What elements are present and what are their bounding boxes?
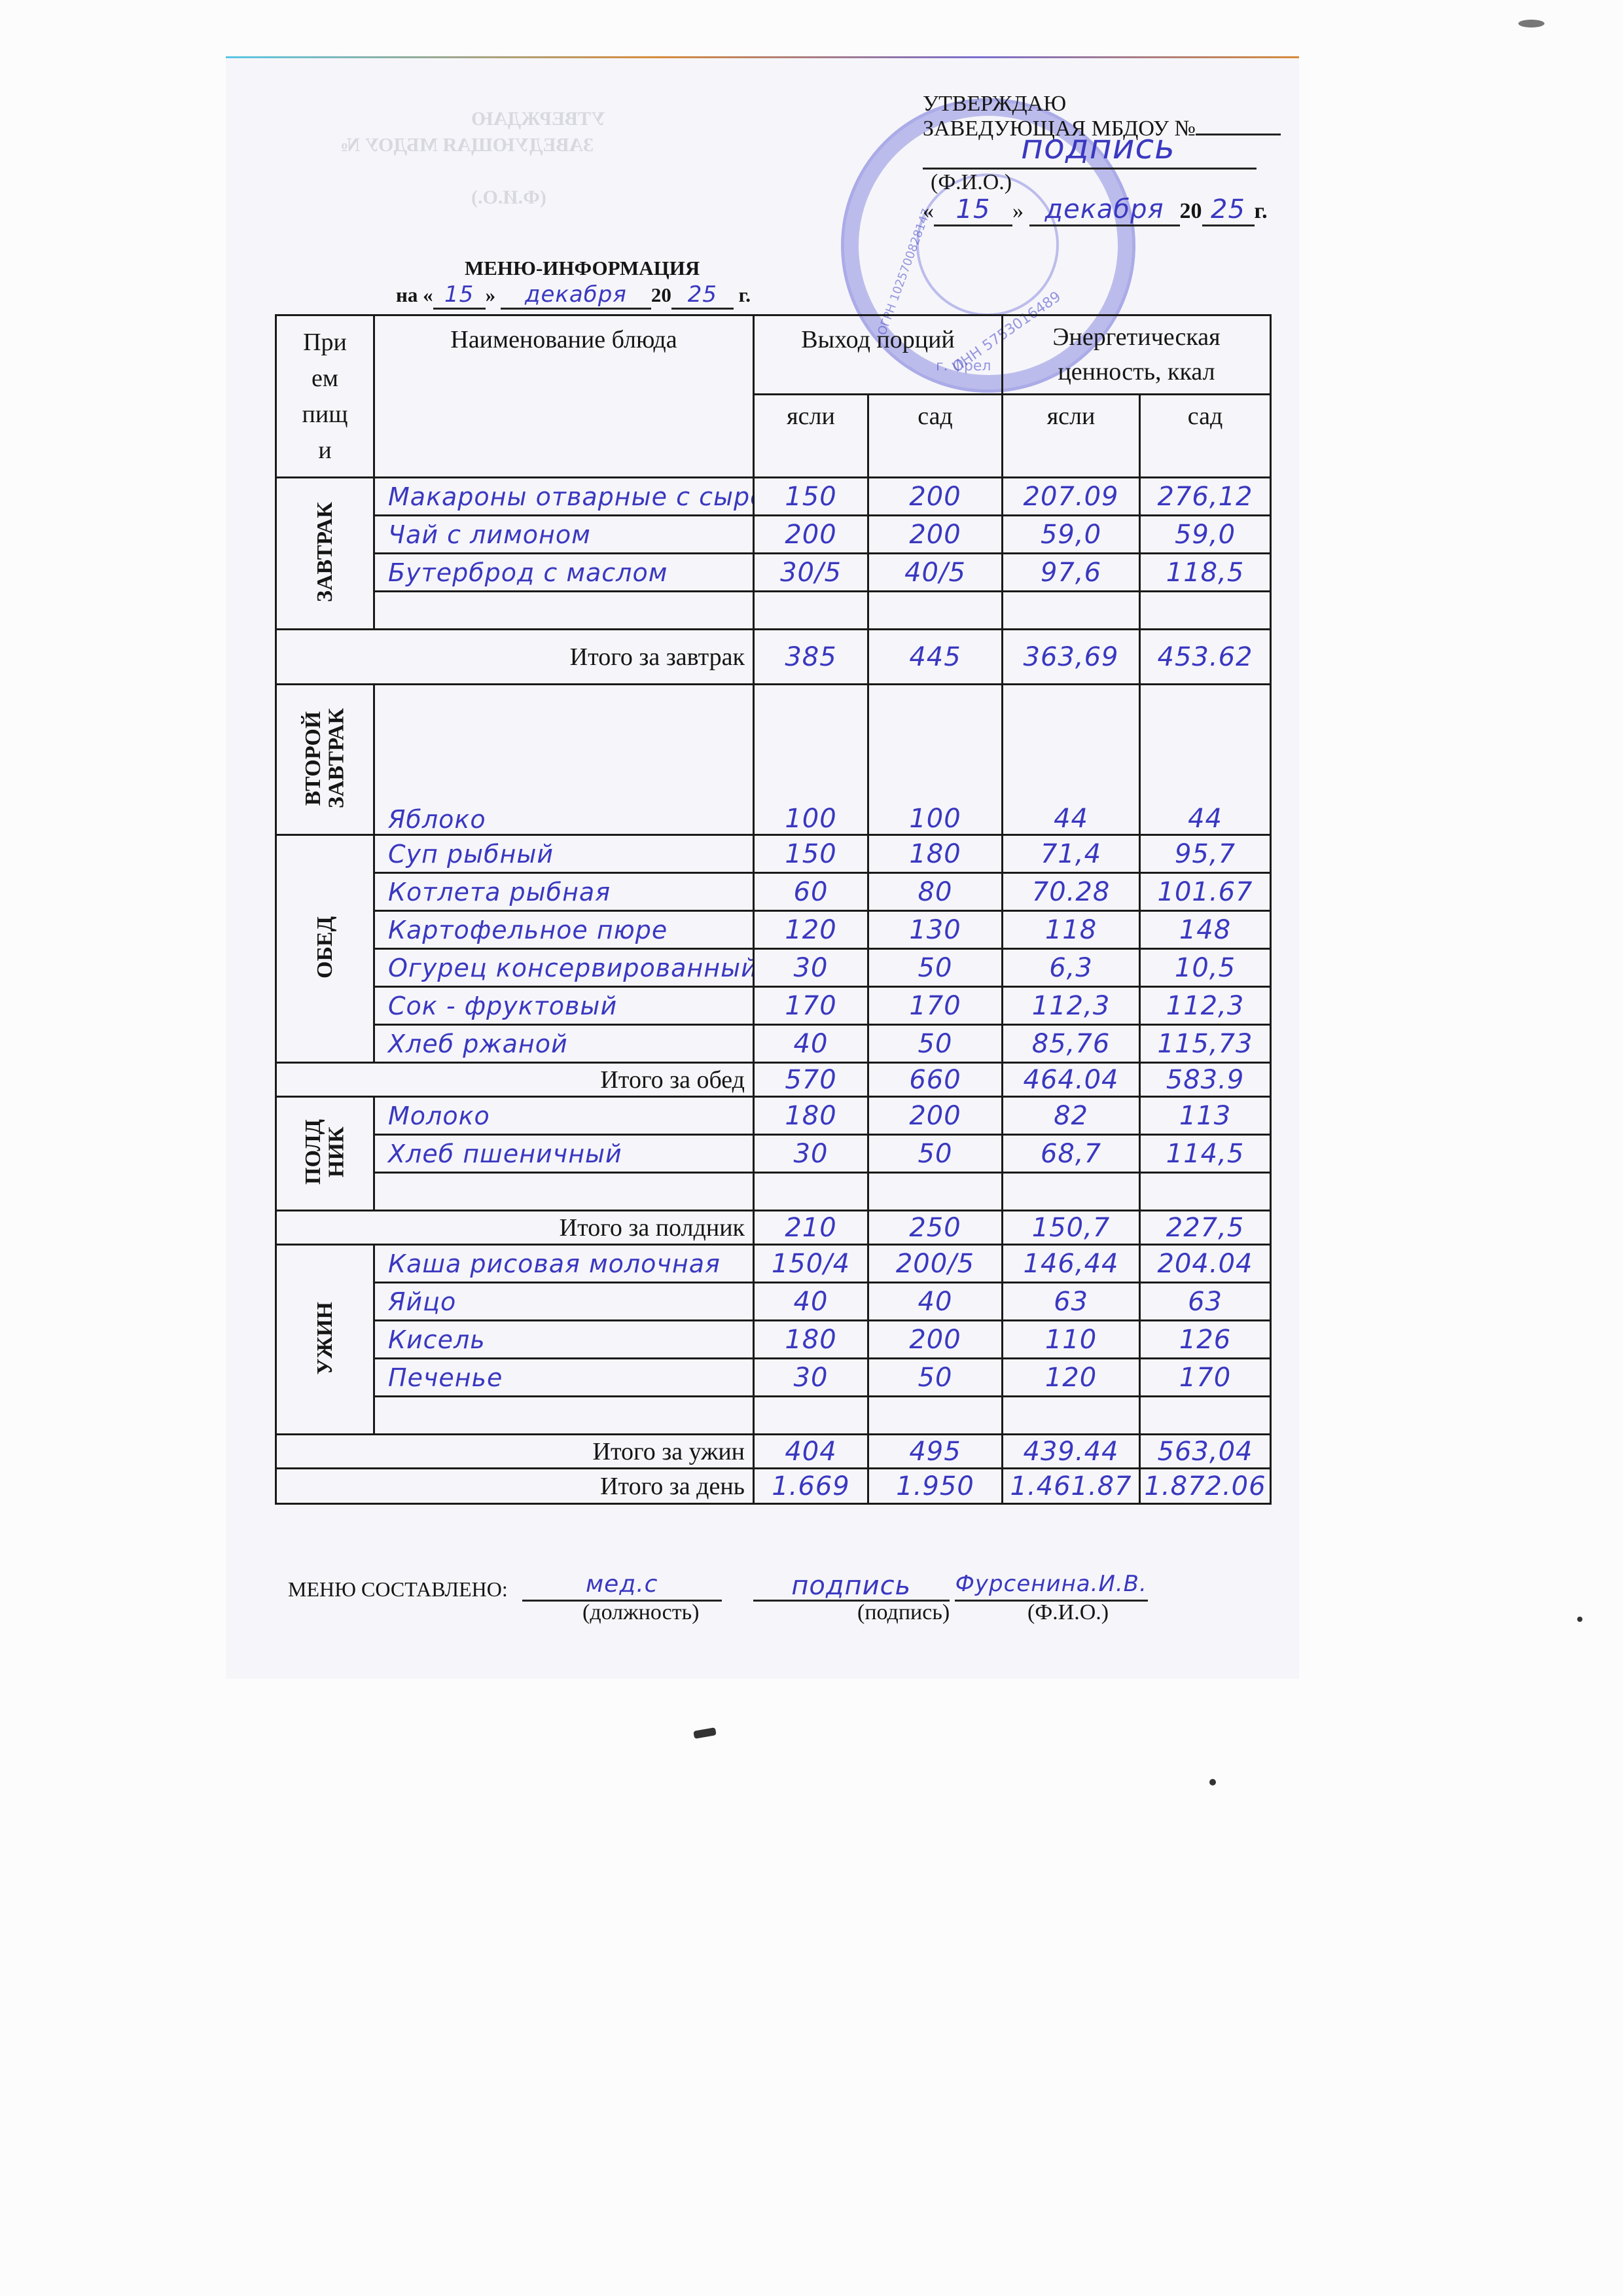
meal-label: ВТОРОЙ ЗАВТРАК (302, 708, 348, 808)
empty-cell (374, 1397, 754, 1435)
dish-name: Яблоко (374, 685, 754, 835)
day-total-portion-garden: 1.950 (868, 1469, 1003, 1504)
header-meal-line: пищ (277, 397, 373, 433)
kcal-garden-value: 126 (1140, 1321, 1271, 1359)
header-meal-line: и (277, 433, 373, 469)
table-row: Яйцо40406363 (276, 1283, 1271, 1321)
kcal-garden-value: 101.67 (1140, 873, 1271, 911)
empty-cell (1003, 1173, 1140, 1211)
mbdou-number-field (1196, 134, 1281, 135)
empty-row (276, 592, 1271, 630)
day-total-row: Итого за день1.6691.9501.461.871.872.06 (276, 1469, 1271, 1504)
total-kcal-garden: 583.9 (1140, 1063, 1271, 1097)
meal-label: ОБЕД (313, 916, 337, 978)
total-kcal-nursery: 439.44 (1003, 1435, 1140, 1469)
total-label: Итого за обед (276, 1063, 754, 1097)
total-row: Итого за ужин404495439.44563,04 (276, 1435, 1271, 1469)
empty-cell (1140, 592, 1271, 630)
header-portion: Выход порций (754, 315, 1003, 395)
header-meal-line: При (277, 325, 373, 361)
portion-garden-value: 200 (868, 478, 1003, 516)
date-day: 15 (433, 281, 486, 310)
approval-date: «15» декабря2025г. (923, 195, 1281, 226)
total-portion-nursery: 570 (754, 1063, 868, 1097)
kcal-nursery-value: 112,3 (1003, 987, 1140, 1025)
day-total-portion-nursery: 1.669 (754, 1469, 868, 1504)
portion-garden-value: 130 (868, 911, 1003, 949)
footer-composed: МЕНЮ СОСТАВЛЕНО: мед.с подпись Фурсенина… (288, 1571, 1148, 1602)
portion-nursery-value: 60 (754, 873, 868, 911)
kcal-garden-value: 59,0 (1140, 516, 1271, 554)
approve-word: УТВЕРЖДАЮ (923, 92, 1281, 117)
dish-name: Печенье (374, 1359, 754, 1397)
table-row: Картофельное пюре120130118148 (276, 911, 1271, 949)
header-meal: При ем пищ и (276, 315, 374, 478)
empty-cell (1003, 1397, 1140, 1435)
table-row: ЗАВТРАКМакароны отварные с сыром15020020… (276, 478, 1271, 516)
approval-date-day: 15 (934, 195, 1012, 226)
day-total-kcal-nursery: 1.461.87 (1003, 1469, 1140, 1504)
portion-garden-value: 40/5 (868, 554, 1003, 592)
empty-cell (1140, 1397, 1271, 1435)
dish-name: Хлеб ржаной (374, 1025, 754, 1063)
dish-name: Макароны отварные с сыром (374, 478, 754, 516)
approval-date-month: декабря (1029, 195, 1180, 226)
scan-speck (1577, 1617, 1582, 1622)
portion-nursery-value: 40 (754, 1025, 868, 1063)
kcal-garden-value: 95,7 (1140, 835, 1271, 873)
empty-cell (374, 1173, 754, 1211)
portion-garden-value: 170 (868, 987, 1003, 1025)
total-label: Итого за полдник (276, 1211, 754, 1245)
kcal-nursery-value: 63 (1003, 1283, 1140, 1321)
portion-nursery-value: 30 (754, 1359, 868, 1397)
portion-garden-value: 50 (868, 949, 1003, 987)
kcal-garden-value: 44 (1140, 685, 1271, 835)
kcal-garden-value: 63 (1140, 1283, 1271, 1321)
dish-name: Бутерброд с маслом (374, 554, 754, 592)
menu-table: При ем пищ и Наименование блюда Выход по… (275, 314, 1272, 1505)
portion-nursery-value: 180 (754, 1097, 868, 1135)
table-row: Сок - фруктовый170170112,3112,3 (276, 987, 1271, 1025)
portion-garden-value: 50 (868, 1025, 1003, 1063)
signature-field: подпись (753, 1571, 950, 1602)
total-portion-nursery: 210 (754, 1211, 868, 1245)
header-dish: Наименование блюда (374, 315, 754, 478)
kcal-nursery-value: 85,76 (1003, 1025, 1140, 1063)
table-row: Котлета рыбная608070.28101.67 (276, 873, 1271, 911)
header-meal-line: ем (277, 361, 373, 397)
empty-cell (754, 592, 868, 630)
empty-cell (754, 1173, 868, 1211)
date-suffix: г. (739, 283, 751, 306)
meal-label-cell: ПОЛД НИК (276, 1097, 374, 1211)
kcal-nursery-value: 120 (1003, 1359, 1140, 1397)
dish-name: Картофельное пюре (374, 911, 754, 949)
kcal-garden-value: 276,12 (1140, 478, 1271, 516)
ghost-text-2: ЗАВЕДУЮЩАЯ МБДОУ № (340, 134, 594, 156)
meal-label: ПОЛД НИК (302, 1119, 348, 1185)
total-label: Итого за завтрак (276, 630, 754, 685)
portion-nursery-value: 100 (754, 685, 868, 835)
total-kcal-nursery: 150,7 (1003, 1211, 1140, 1245)
kcal-garden-value: 115,73 (1140, 1025, 1271, 1063)
kcal-nursery-value: 146,44 (1003, 1245, 1140, 1283)
kcal-nursery-value: 68,7 (1003, 1135, 1140, 1173)
ghost-text-1: УТВЕРЖДАЮ (471, 108, 605, 130)
approval-date-year: 25 (1202, 195, 1255, 226)
meal-label: ЗАВТРАК (313, 502, 337, 602)
kcal-garden-value: 148 (1140, 911, 1271, 949)
portion-nursery-value: 150 (754, 478, 868, 516)
portion-nursery-value: 40 (754, 1283, 868, 1321)
meal-label-cell: УЖИН (276, 1245, 374, 1435)
page-top-edge (226, 56, 1299, 58)
kcal-garden-value: 10,5 (1140, 949, 1271, 987)
date-year: 25 (671, 281, 734, 310)
kcal-garden-value: 204.04 (1140, 1245, 1271, 1283)
position-field: мед.с (522, 1571, 722, 1602)
total-kcal-nursery: 363,69 (1003, 630, 1140, 685)
dish-name: Суп рыбный (374, 835, 754, 873)
portion-garden-value: 200/5 (868, 1245, 1003, 1283)
scan-speck (693, 1727, 717, 1739)
date-year-prefix: 20 (651, 283, 671, 306)
date-prefix: на « (396, 283, 433, 306)
portion-garden-value: 180 (868, 835, 1003, 873)
table-header-row: При ем пищ и Наименование блюда Выход по… (276, 315, 1271, 395)
approval-signature-line: подпись (923, 141, 1281, 170)
empty-cell (1003, 592, 1140, 630)
dish-name: Чай с лимоном (374, 516, 754, 554)
header-portion-nursery: ясли (754, 395, 868, 478)
total-row: Итого за завтрак385445363,69453.62 (276, 630, 1271, 685)
portion-nursery-value: 120 (754, 911, 868, 949)
table-row: ПОЛД НИКМолоко18020082113 (276, 1097, 1271, 1135)
table-row: Огурец консервированный30506,310,5 (276, 949, 1271, 987)
kcal-garden-value: 112,3 (1140, 987, 1271, 1025)
empty-cell (868, 592, 1003, 630)
composed-label: МЕНЮ СОСТАВЛЕНО: (288, 1577, 508, 1601)
table-row: Хлеб ржаной405085,76115,73 (276, 1025, 1271, 1063)
kcal-nursery-value: 207.09 (1003, 478, 1140, 516)
dish-name: Яйцо (374, 1283, 754, 1321)
dish-name: Сок - фруктовый (374, 987, 754, 1025)
empty-cell (868, 1173, 1003, 1211)
total-portion-nursery: 385 (754, 630, 868, 685)
kcal-nursery-value: 110 (1003, 1321, 1140, 1359)
kcal-nursery-value: 70.28 (1003, 873, 1140, 911)
total-portion-garden: 660 (868, 1063, 1003, 1097)
portion-garden-value: 40 (868, 1283, 1003, 1321)
meal-label-cell: ВТОРОЙ ЗАВТРАК (276, 685, 374, 835)
total-portion-garden: 250 (868, 1211, 1003, 1245)
portion-nursery-value: 200 (754, 516, 868, 554)
total-portion-garden: 495 (868, 1435, 1003, 1469)
position-caption: (должность) (582, 1600, 699, 1625)
dish-name: Котлета рыбная (374, 873, 754, 911)
empty-cell (374, 592, 754, 630)
signature-caption: (подпись) (857, 1600, 950, 1625)
menu-body: ЗАВТРАКМакароны отварные с сыром15020020… (276, 478, 1271, 1504)
approval-block: УТВЕРЖДАЮ ЗАВЕДУЮЩАЯ МБДОУ № подпись (Ф.… (923, 92, 1281, 226)
portion-nursery-value: 170 (754, 987, 868, 1025)
total-portion-garden: 445 (868, 630, 1003, 685)
table-row: Хлеб пшеничный305068,7114,5 (276, 1135, 1271, 1173)
portion-garden-value: 200 (868, 1097, 1003, 1135)
scan-speck (1209, 1779, 1216, 1785)
kcal-nursery-value: 59,0 (1003, 516, 1140, 554)
kcal-garden-value: 170 (1140, 1359, 1271, 1397)
fio-field: Фурсенина.И.В. (955, 1571, 1148, 1602)
dish-name: Кисель (374, 1321, 754, 1359)
approval-year-suffix: г. (1255, 199, 1268, 223)
kcal-nursery-value: 118 (1003, 911, 1140, 949)
kcal-nursery-value: 71,4 (1003, 835, 1140, 873)
table-row: Кисель180200110126 (276, 1321, 1271, 1359)
portion-nursery-value: 30/5 (754, 554, 868, 592)
total-kcal-garden: 453.62 (1140, 630, 1271, 685)
approval-fio-caption: (Ф.И.О.) (923, 170, 1281, 195)
meal-label: УЖИН (313, 1302, 337, 1374)
kcal-nursery-value: 6,3 (1003, 949, 1140, 987)
document-date: на «15» декабря2025 г. (396, 281, 751, 310)
table-row: Бутерброд с маслом30/540/597,6118,5 (276, 554, 1271, 592)
portion-garden-value: 50 (868, 1359, 1003, 1397)
portion-garden-value: 200 (868, 1321, 1003, 1359)
total-row: Итого за полдник210250150,7227,5 (276, 1211, 1271, 1245)
total-kcal-garden: 227,5 (1140, 1211, 1271, 1245)
table-row: УЖИНКаша рисовая молочная150/4200/5146,4… (276, 1245, 1271, 1283)
portion-garden-value: 100 (868, 685, 1003, 835)
approval-signature-field: подпись (923, 141, 1257, 170)
dish-name: Хлеб пшеничный (374, 1135, 754, 1173)
empty-row (276, 1397, 1271, 1435)
day-total-label: Итого за день (276, 1469, 754, 1504)
total-row: Итого за обед570660464.04583.9 (276, 1063, 1271, 1097)
empty-cell (754, 1397, 868, 1435)
portion-nursery-value: 150/4 (754, 1245, 868, 1283)
dish-name: Каша рисовая молочная (374, 1245, 754, 1283)
portion-nursery-value: 30 (754, 949, 868, 987)
table-row: Чай с лимоном20020059,059,0 (276, 516, 1271, 554)
meal-label-cell: ЗАВТРАК (276, 478, 374, 630)
total-portion-nursery: 404 (754, 1435, 868, 1469)
header-portion-garden: сад (868, 395, 1003, 478)
approval-year-prefix: 20 (1180, 199, 1202, 223)
total-kcal-nursery: 464.04 (1003, 1063, 1140, 1097)
dish-name: Молоко (374, 1097, 754, 1135)
empty-cell (1140, 1173, 1271, 1211)
dish-name: Огурец консервированный (374, 949, 754, 987)
header-energy: Энергетическая ценность, ккал (1003, 315, 1271, 395)
page-title: МЕНЮ-ИНФОРМАЦИЯ (465, 257, 700, 280)
kcal-garden-value: 114,5 (1140, 1135, 1271, 1173)
date-close: » (486, 283, 496, 306)
fio-caption: (Ф.И.О.) (1027, 1600, 1109, 1625)
meal-label-cell: ОБЕД (276, 835, 374, 1063)
kcal-nursery-value: 44 (1003, 685, 1140, 835)
header-kcal-garden: сад (1140, 395, 1271, 478)
day-total-kcal-garden: 1.872.06 (1140, 1469, 1271, 1504)
kcal-nursery-value: 97,6 (1003, 554, 1140, 592)
approval-signature: подпись (1021, 128, 1175, 166)
ghost-text-3: (Ф.И.О.) (471, 187, 546, 209)
date-month: декабря (501, 281, 651, 310)
kcal-garden-value: 118,5 (1140, 554, 1271, 592)
kcal-garden-value: 113 (1140, 1097, 1271, 1135)
portion-nursery-value: 180 (754, 1321, 868, 1359)
scan-speck (1518, 20, 1544, 27)
table-row: Печенье3050120170 (276, 1359, 1271, 1397)
total-label: Итого за ужин (276, 1435, 754, 1469)
portion-garden-value: 200 (868, 516, 1003, 554)
portion-nursery-value: 30 (754, 1135, 868, 1173)
kcal-nursery-value: 82 (1003, 1097, 1140, 1135)
portion-garden-value: 80 (868, 873, 1003, 911)
table-row: ОБЕДСуп рыбный15018071,495,7 (276, 835, 1271, 873)
total-kcal-garden: 563,04 (1140, 1435, 1271, 1469)
empty-cell (868, 1397, 1003, 1435)
header-kcal-nursery: ясли (1003, 395, 1140, 478)
portion-garden-value: 50 (868, 1135, 1003, 1173)
empty-row (276, 1173, 1271, 1211)
portion-nursery-value: 150 (754, 835, 868, 873)
table-row: ВТОРОЙ ЗАВТРАКЯблоко1001004444 (276, 685, 1271, 835)
